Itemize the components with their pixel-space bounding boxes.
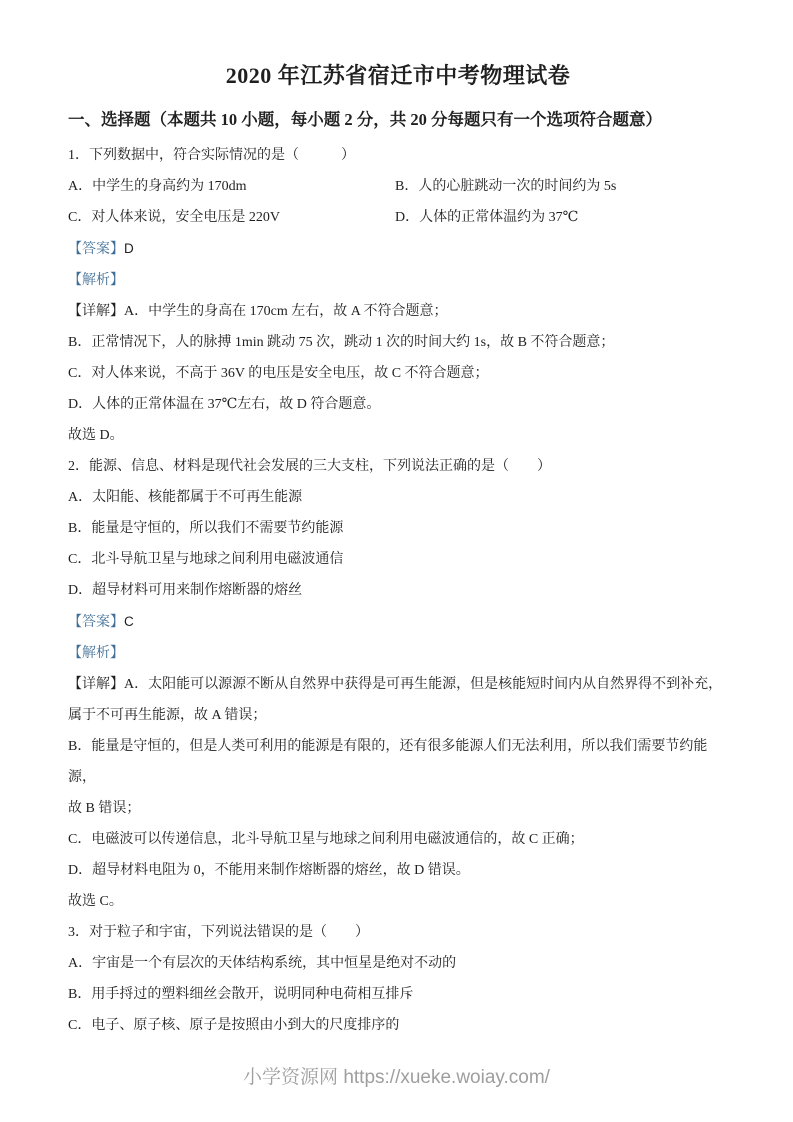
footer-watermark: 小学资源网 https://xueke.woiay.com/: [0, 1066, 793, 1090]
question-block-1: 1．下列数据中，符合实际情况的是（ ） A．中学生的身高约为 170dm B．人…: [68, 140, 728, 451]
option-c: C．电子、原子核、原子是按照由小到大的尺度排序的: [68, 1010, 728, 1041]
detail-line: C．电磁波可以传递信息，北斗导航卫星与地球之间利用电磁波通信的，故 C 正确；: [68, 824, 728, 855]
answer-line: 【答案】C: [68, 606, 728, 638]
answer-line: 【答案】D: [68, 233, 728, 265]
option-a: A．宇宙是一个有层次的天体结构系统，其中恒星是绝对不动的: [68, 948, 728, 979]
conclusion-line: 故选 D。: [68, 420, 728, 451]
answer-label: 【答案】: [68, 242, 124, 257]
analysis-label: 【解析】: [68, 273, 124, 288]
question-block-3: 3．对于粒子和宇宙，下列说法错误的是（ ） A．宇宙是一个有层次的天体结构系统，…: [68, 917, 728, 1041]
option-a: A．太阳能、核能都属于不可再生能源: [68, 482, 728, 513]
doc-title: 2020 年江苏省宿迁市中考物理试卷: [68, 0, 728, 90]
detail-line: 【详解】A．太阳能可以源源不断从自然界中获得是可再生能源，但是核能短时间内从自然…: [68, 669, 728, 700]
answer-value: C: [124, 614, 134, 629]
option-d: D．人体的正常体温约为 37℃: [395, 202, 728, 233]
question-stem: 3．对于粒子和宇宙，下列说法错误的是（ ）: [68, 917, 728, 948]
detail-line: D．人体的正常体温在 37℃左右，故 D 符合题意。: [68, 389, 728, 420]
answer-value: D: [124, 241, 134, 256]
option-b: B．能量是守恒的，所以我们不需要节约能源: [68, 513, 728, 544]
option-row: C．对人体来说，安全电压是 220V D．人体的正常体温约为 37℃: [68, 202, 728, 233]
option-b: B．用手捋过的塑料细丝会散开，说明同种电荷相互排斥: [68, 979, 728, 1010]
detail-line: B．能量是守恒的，但是人类可利用的能源是有限的，还有很多能源人们无法利用，所以我…: [68, 731, 728, 793]
answer-label: 【答案】: [68, 615, 124, 630]
detail-line: 故 B 错误；: [68, 793, 728, 824]
question-stem: 1．下列数据中，符合实际情况的是（ ）: [68, 140, 728, 171]
detail-line: C．对人体来说，不高于 36V 的电压是安全电压，故 C 不符合题意；: [68, 358, 728, 389]
question-stem: 2．能源、信息、材料是现代社会发展的三大支柱，下列说法正确的是（ ）: [68, 451, 728, 482]
option-c: C．北斗导航卫星与地球之间利用电磁波通信: [68, 544, 728, 575]
option-d: D．超导材料可用来制作熔断器的熔丝: [68, 575, 728, 606]
analysis-label: 【解析】: [68, 646, 124, 661]
analysis-line: 【解析】: [68, 265, 728, 296]
conclusion-line: 故选 C。: [68, 886, 728, 917]
option-b: B．人的心脏跳动一次的时间约为 5s: [395, 171, 728, 202]
document-page: 2020 年江苏省宿迁市中考物理试卷 一、选择题（本题共 10 小题，每小题 2…: [0, 0, 793, 1122]
detail-line: 【详解】A．中学生的身高在 170cm 左右，故 A 不符合题意；: [68, 296, 728, 327]
document-content: 2020 年江苏省宿迁市中考物理试卷 一、选择题（本题共 10 小题，每小题 2…: [68, 0, 728, 1041]
option-row: A．中学生的身高约为 170dm B．人的心脏跳动一次的时间约为 5s: [68, 171, 728, 202]
detail-line: D．超导材料电阻为 0，不能用来制作熔断器的熔丝，故 D 错误。: [68, 855, 728, 886]
analysis-line: 【解析】: [68, 638, 728, 669]
option-a: A．中学生的身高约为 170dm: [68, 171, 395, 202]
section-header: 一、选择题（本题共 10 小题，每小题 2 分，共 20 分每题只有一个选项符合…: [68, 107, 728, 132]
option-c: C．对人体来说，安全电压是 220V: [68, 202, 395, 233]
detail-line: B．正常情况下，人的脉搏 1min 跳动 75 次，跳动 1 次的时间大约 1s…: [68, 327, 728, 358]
detail-line: 属于不可再生能源，故 A 错误；: [68, 700, 728, 731]
question-block-2: 2．能源、信息、材料是现代社会发展的三大支柱，下列说法正确的是（ ） A．太阳能…: [68, 451, 728, 917]
